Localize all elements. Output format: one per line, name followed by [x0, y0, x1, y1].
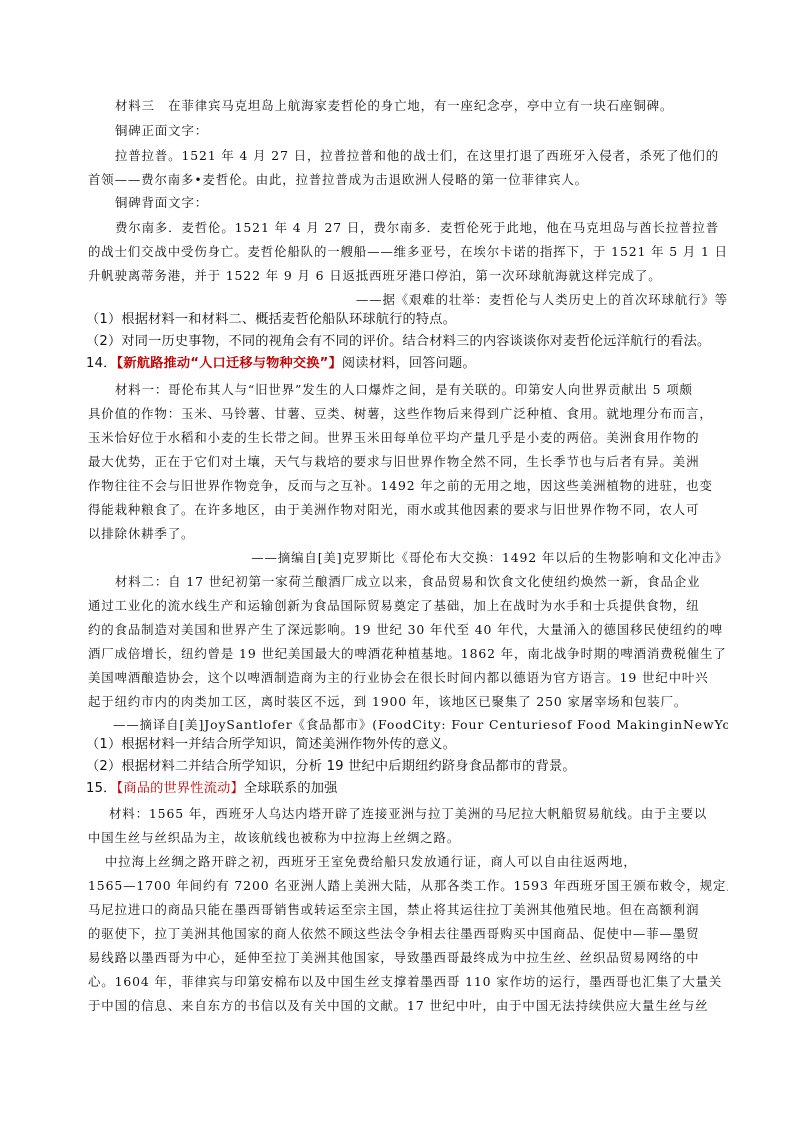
- q14-m2-line5: 美国啤酒酿造协会，这个以啤酒制造商为主的行业协会在很长时间内都以德语为官方语言。…: [88, 670, 728, 686]
- q13-subquestion-2: （2）对同一历史事物，不同的视角会有不同的评价。结合材料三的内容谈谈你对麦哲伦远…: [86, 334, 726, 350]
- q13-subquestion-1: （1）根据材料一和材料二、概括麦哲伦船队环球航行的特点。: [86, 312, 726, 328]
- q14-heading: 14．【新航路推动“人口迁移与物种交换”】阅读材料，回答问题。: [86, 356, 726, 372]
- material3-front-line2: 首领——费尔南多•麦哲伦。由此，拉普拉普成为击退欧洲人侵略的第一位菲律宾人。: [88, 172, 728, 188]
- q14-m1-line1: 材料一：哥伦布其人与“旧世界”发生的人口爆炸之间，是有关联的。印第安人向世界贡献…: [115, 382, 728, 398]
- q15-p2-line1: 中拉海上丝绸之路开辟之初，西班牙王室免费给船只发放通行证，商人可以自由往返两地，: [105, 854, 718, 870]
- q14-subquestion-2: （2）根据材料二并结合所学知识，分析 19 世纪中后期纽约跻身食品都市的背景。: [86, 759, 726, 775]
- q15-p2-line3: 马尼拉进口的商品只能在墨西哥销售或转运至宗主国，禁止将其运往拉丁美洲其他殖民地。…: [88, 902, 728, 918]
- q15-topic-tag: 【商品的世界性流动】: [117, 781, 244, 796]
- q14-m2-source: ——摘译自[美]JoySantlofer《食品都市》(FoodCity: Fou…: [113, 717, 728, 733]
- q14-m1-line2: 具价值的作物：玉米、马铃薯、甘薯、豆类、树薯，这些作物后来得到广泛种植、食用。就…: [88, 406, 728, 422]
- q15-p2-line4: 的驱使下，拉丁美洲其他国家的商人依然不顾这些法令争相去往墨西哥购买中国商品、促使…: [88, 926, 728, 942]
- q15-heading: 15．【商品的世界性流动】全球联系的加强: [86, 781, 726, 797]
- q14-topic-tag: 【新航路推动“人口迁移与物种交换”】: [117, 356, 342, 371]
- material3-back-line3: 升帆驶离蒂务港，并于 1522 年 9 月 6 日返抵西班牙港口停泊，第一次环球…: [88, 268, 728, 284]
- q14-m2-line2: 通过工业化的流水线生产和运输创新为食品国际贸易奠定了基础，加上在战时为水手和士兵…: [88, 598, 728, 614]
- q14-m1-line6: 得能栽种粮食了。在许多地区，由于美洲作物对阳光，雨水或其他因素的要求与旧世界作物…: [88, 502, 728, 518]
- q14-m1-line7: 以排除休耕季了。: [88, 526, 728, 542]
- material3-source: ——据《艰难的壮举：麦哲伦与人类历史上的首次环球航行》等: [88, 292, 728, 308]
- q14-m2-line6: 起于纽约市内的肉类加工区，离时装区不远，到 1900 年，该地区已聚集了 250…: [88, 694, 728, 710]
- q14-m1-line4: 最大优势，正在于它们对土壤，天气与栽培的要求与旧世界作物全然不同，生长季节也与后…: [88, 454, 728, 470]
- q15-m-line1: 材料：1565 年，西班牙人乌达内塔开辟了连接亚洲与拉丁美洲的马尼拉大帆船贸易航…: [109, 806, 722, 822]
- document-page: 材料三 在菲律宾马克坦岛上航海家麦哲伦的身亡地，有一座纪念亭，亭中立有一块石座铜…: [0, 0, 794, 1123]
- q15-number: 15．: [86, 781, 117, 796]
- q14-title: 阅读材料，回答问题。: [342, 356, 476, 371]
- q14-m2-line1: 材料二：自 17 世纪初第一家荷兰酿酒厂成立以来，食品贸易和饮食文化使纽约焕然一…: [115, 574, 728, 590]
- q15-p2-line5: 易线路以墨西哥为中心，延伸至拉丁美洲其他国家，导致墨西哥最终成为中拉生丝、丝织品…: [88, 950, 728, 966]
- q14-number: 14．: [86, 356, 117, 371]
- material3-back-label: 铜碑背面文字：: [115, 195, 728, 211]
- q14-m1-line3: 玉米恰好位于水稻和小麦的生长带之间。世界玉米田每单位平均产量几乎是小麦的两倍。美…: [88, 430, 728, 446]
- material3-intro: 材料三 在菲律宾马克坦岛上航海家麦哲伦的身亡地，有一座纪念亭，亭中立有一块石座铜…: [115, 98, 728, 114]
- q15-p2-line6: 心。1604 年，菲律宾与印第安棉布以及中国生丝支撑着墨西哥 110 家作坊的运…: [88, 974, 728, 990]
- material3-front-label: 铜碑正面文字：: [115, 123, 728, 139]
- q14-subquestion-1: （1）根据材料一并结合所学知识，简述美洲作物外传的意义。: [86, 737, 726, 753]
- q14-m2-line3: 约的食品制造对美国和世界产生了深远影响。19 世纪 30 年代至 40 年代，大…: [88, 622, 728, 638]
- q15-p2-line2: 1565—1700 年间约有 7200 名亚洲人踏上美洲大陆，从那各类工作。15…: [88, 878, 728, 894]
- q15-title: 全球联系的加强: [244, 781, 338, 796]
- q14-m1-line5: 作物往往不会与旧世界作物竞争，反而与之互补。1492 年之前的无用之地，因这些美…: [88, 478, 728, 494]
- q14-m2-line4: 酒厂成倍增长，纽约曾是 19 世纪美国最大的啤酒花种植基地。1862 年，南北战…: [88, 646, 728, 662]
- q14-m1-source: ——摘编自[美]克罗斯比《哥伦布大交换：1492 年以后的生物影响和文化冲击》: [88, 550, 728, 566]
- q15-p2-line7: 于中国的信息、来自东方的书信以及有关中国的文献。17 世纪中叶，由于中国无法持续…: [88, 998, 728, 1014]
- material3-back-line2: 的战士们交战中受伤身亡。麦哲伦船队的一艘船——维多亚号，在埃尔卡诺的指挥下，于 …: [88, 244, 728, 260]
- material3-front-line1: 拉普拉普。1521 年 4 月 27 日，拉普拉普和他的战士们，在这里打退了西班…: [115, 148, 728, 164]
- material3-back-line1: 费尔南多．麦哲伦。1521 年 4 月 27 日，费尔南多．麦哲伦死于此地，他在…: [115, 220, 728, 236]
- q15-m-line2: 中国生丝与丝织品为主，故该航线也被称为中拉海上丝绸之路。: [88, 830, 728, 846]
